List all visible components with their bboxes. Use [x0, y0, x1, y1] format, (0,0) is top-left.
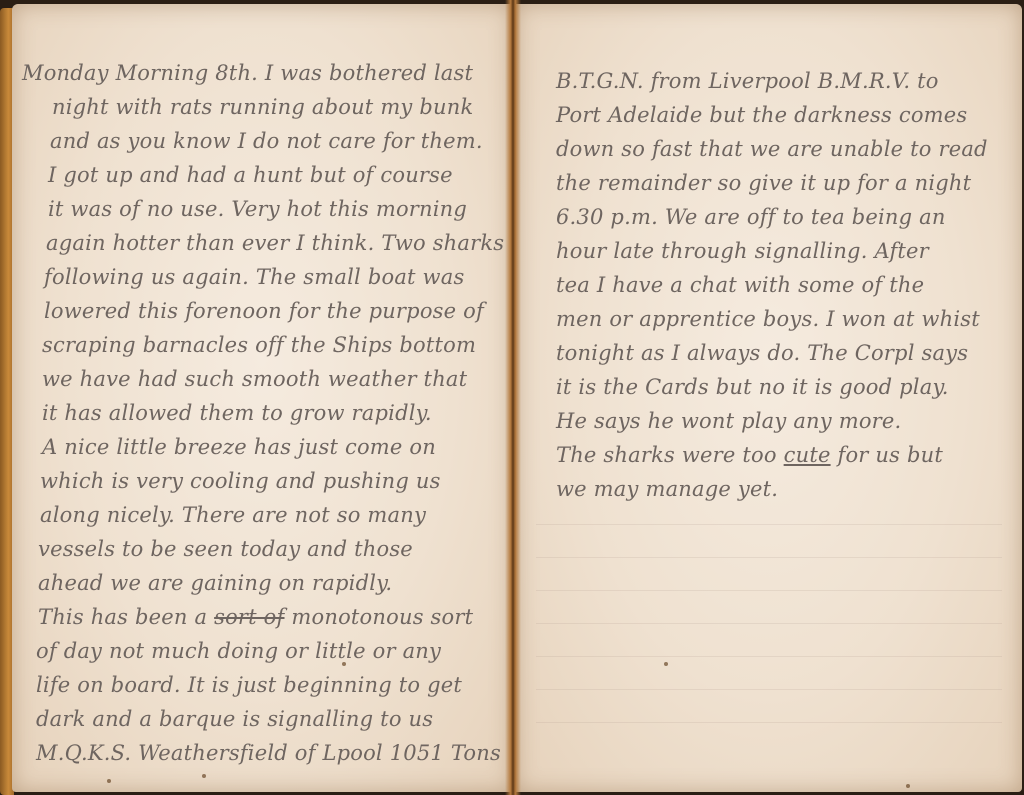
ruled-line [536, 689, 1002, 690]
right-page: B.T.G.N. from Liverpool B.M.R.V. to Port… [516, 4, 1022, 792]
paper-spot [202, 774, 206, 778]
ruled-line [536, 722, 1002, 723]
text-line: down so fast that we are unable to read [556, 132, 988, 166]
text-line: along nicely. There are not so many [40, 498, 426, 532]
book-spine-binding [505, 0, 521, 795]
ruled-line [536, 623, 1002, 624]
text-segment: for us but [837, 443, 943, 467]
text-line: we may manage yet. [556, 472, 778, 506]
text-line: it has allowed them to grow rapidly. [42, 396, 432, 430]
text-line: which is very cooling and pushing us [40, 464, 441, 498]
text-line: B.T.G.N. from Liverpool B.M.R.V. to [556, 64, 939, 98]
text-line: ahead we are gaining on rapidly. [38, 566, 392, 600]
text-line: dark and a barque is signalling to us [36, 702, 433, 736]
text-segment: monotonous sort [291, 605, 473, 629]
text-line: He says he wont play any more. [556, 404, 901, 438]
underlined-word: cute [784, 443, 831, 467]
text-segment: The sharks were too [556, 443, 777, 467]
ruled-line [536, 557, 1002, 558]
text-line: tea I have a chat with some of the [556, 268, 924, 302]
text-line: we have had such smooth weather that [42, 362, 467, 396]
text-segment: This has been a [38, 605, 207, 629]
text-line: night with rats running about my bunk [52, 90, 473, 124]
struck-out-text: sort of [214, 605, 284, 629]
text-line: it is the Cards but no it is good play. [556, 370, 949, 404]
text-line: of day not much doing or little or any [36, 634, 441, 668]
text-line: life on board. It is just beginning to g… [36, 668, 462, 702]
text-line: I got up and had a hunt but of course [48, 158, 453, 192]
text-line: vessels to be seen today and those [38, 532, 413, 566]
text-line: lowered this forenoon for the purpose of [44, 294, 484, 328]
left-page: Monday Morning 8th. I was bothered last … [12, 4, 512, 792]
text-line: hour late through signalling. After [556, 234, 929, 268]
text-line: and as you know I do not care for them. [50, 124, 483, 158]
text-line: 6.30 p.m. We are off to tea being an [556, 200, 946, 234]
paper-spot [107, 779, 111, 783]
paper-spot [906, 784, 910, 788]
open-diary: Monday Morning 8th. I was bothered last … [0, 0, 1024, 795]
text-line: M.Q.K.S. Weathersfield of Lpool 1051 Ton… [36, 736, 501, 770]
text-line: again hotter than ever I think. Two shar… [46, 226, 504, 260]
text-line: The sharks were too cute for us but [556, 438, 943, 472]
ruled-line [536, 656, 1002, 657]
paper-spot [664, 662, 668, 666]
text-line: the remainder so give it up for a night [556, 166, 971, 200]
paper-spot [342, 662, 346, 666]
text-line: scraping barnacles off the Ships bottom [42, 328, 476, 362]
text-line: tonight as I always do. The Corpl says [556, 336, 968, 370]
ruled-line [536, 590, 1002, 591]
text-line: it was of no use. Very hot this morning [48, 192, 467, 226]
text-line: Monday Morning 8th. I was bothered last [22, 56, 473, 90]
ruled-line [536, 524, 1002, 525]
text-line: Port Adelaide but the darkness comes [556, 98, 967, 132]
text-line: following us again. The small boat was [44, 260, 464, 294]
text-line: men or apprentice boys. I won at whist [556, 302, 980, 336]
text-line: This has been a sort of monotonous sort [38, 600, 473, 634]
text-line: A nice little breeze has just come on [42, 430, 436, 464]
